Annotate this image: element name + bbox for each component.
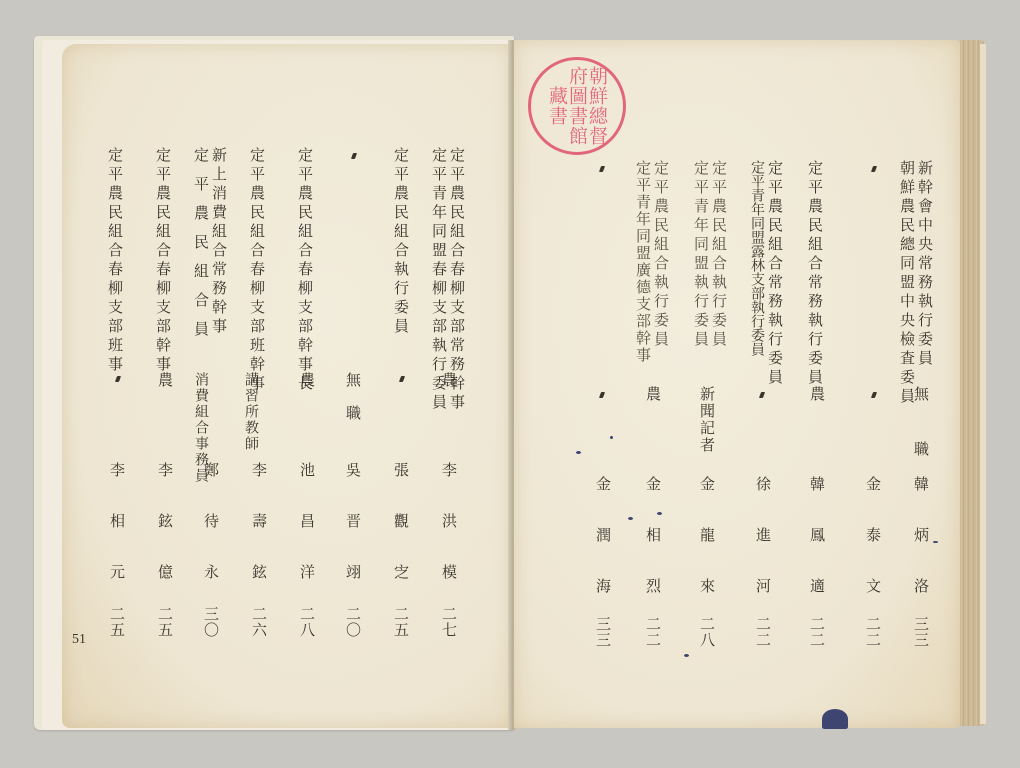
entry-occupation: 農 [808, 386, 825, 401]
entry-age: 三三 [912, 616, 929, 648]
entry-age: 二二 [808, 616, 825, 648]
entry-title: 定平青年同盟露林支部執行委員 [748, 160, 765, 356]
ink-speck [628, 517, 633, 520]
entry-title: 定平農民組合常務執行委員 [806, 160, 823, 388]
entry-occupation: 農 [298, 372, 315, 387]
entry-name: 張觀㝎 [392, 462, 409, 615]
entry-title: 定平農民組合春柳支部幹事長 [296, 147, 313, 394]
entry-name: 李相元 [108, 462, 125, 615]
page-number: 51 [72, 632, 86, 648]
entry-name: 吳晋翊 [344, 462, 361, 615]
entry-name: 韓炳洛 [912, 476, 929, 629]
ink-speck [657, 512, 662, 515]
entry-title: 新上消費組合常務幹事 [210, 147, 227, 337]
entry-age: 二二 [754, 616, 771, 648]
entry-occupation: 農 [440, 372, 457, 387]
entry-age: 二八 [298, 606, 315, 638]
entry-age: 二〇 [344, 606, 361, 638]
entry-title: 定平農民組合春柳支部班事 [106, 147, 123, 375]
entry-title: 定平農民組合執行委員 [710, 160, 727, 350]
entry-name: 徐進河 [754, 476, 771, 629]
entry-name: 金潤海 [594, 476, 611, 629]
entry-occupation: 消費組合事務員 [192, 372, 209, 444]
entry-name: 李壽鉉 [250, 462, 267, 615]
entry-title: 定平農民組合執行委員 [392, 147, 409, 337]
entry-age: 二五 [156, 606, 173, 638]
entry-age: 三三 [594, 616, 611, 648]
entry-occupation: 農 [644, 386, 661, 401]
entry-occupation: 無職 [344, 372, 361, 438]
entry-age: 二五 [392, 606, 409, 638]
entry-title: 定平青年同盟廣德支部幹事 [634, 160, 651, 364]
entry-age: 二六 [250, 606, 267, 638]
entry-occupation: 農 [156, 372, 173, 387]
entry-name: 李鉉億 [156, 462, 173, 615]
entry-name: 韓鳳適 [808, 476, 825, 629]
entry-name: 李洪模 [440, 462, 457, 615]
entry-name: 鄭待永 [202, 462, 219, 615]
entry-age: 二五 [108, 606, 125, 638]
entry-title: 新幹會中央常務執行委員 [916, 160, 933, 369]
seal-text: 朝鮮總督府圖書館藏書 [547, 60, 607, 152]
ink-stain [822, 709, 848, 729]
entry-age: 二二 [644, 616, 661, 648]
entry-title: 朝鮮農民總同盟中央檢査委員 [898, 160, 915, 407]
ink-speck [610, 436, 613, 439]
entry-name: 金相烈 [644, 476, 661, 629]
entry-title: 定平農民組合春柳支部幹事 [154, 147, 171, 375]
entry-title: 定平青年同盟執行委員 [692, 160, 709, 350]
entry-title: 定平農民組合常務執行委員 [766, 160, 783, 388]
entry-name: 池昌洋 [298, 462, 315, 615]
entry-title: 定平農民組合春柳支部班幹事 [248, 147, 265, 394]
ink-speck [933, 541, 938, 543]
entry-name: 金龍來 [698, 476, 715, 629]
library-seal: 朝鮮總督府圖書館藏書 [528, 57, 626, 155]
entry-occupation: 新聞記者 [698, 386, 715, 454]
cover-edge [980, 44, 986, 724]
entry-age: 二七 [440, 606, 457, 638]
entry-age: 二八 [698, 616, 715, 648]
entry-occupation: 講習所教師 [242, 372, 259, 444]
entry-age: 三〇 [202, 606, 219, 638]
ink-speck [684, 654, 689, 657]
entry-title: 定平農民組合員 [192, 147, 209, 350]
entry-title: 定平農民組合執行委員 [652, 160, 669, 350]
entry-age: 二二 [864, 616, 881, 648]
ink-speck [576, 451, 581, 454]
entry-name: 金泰文 [864, 476, 881, 629]
